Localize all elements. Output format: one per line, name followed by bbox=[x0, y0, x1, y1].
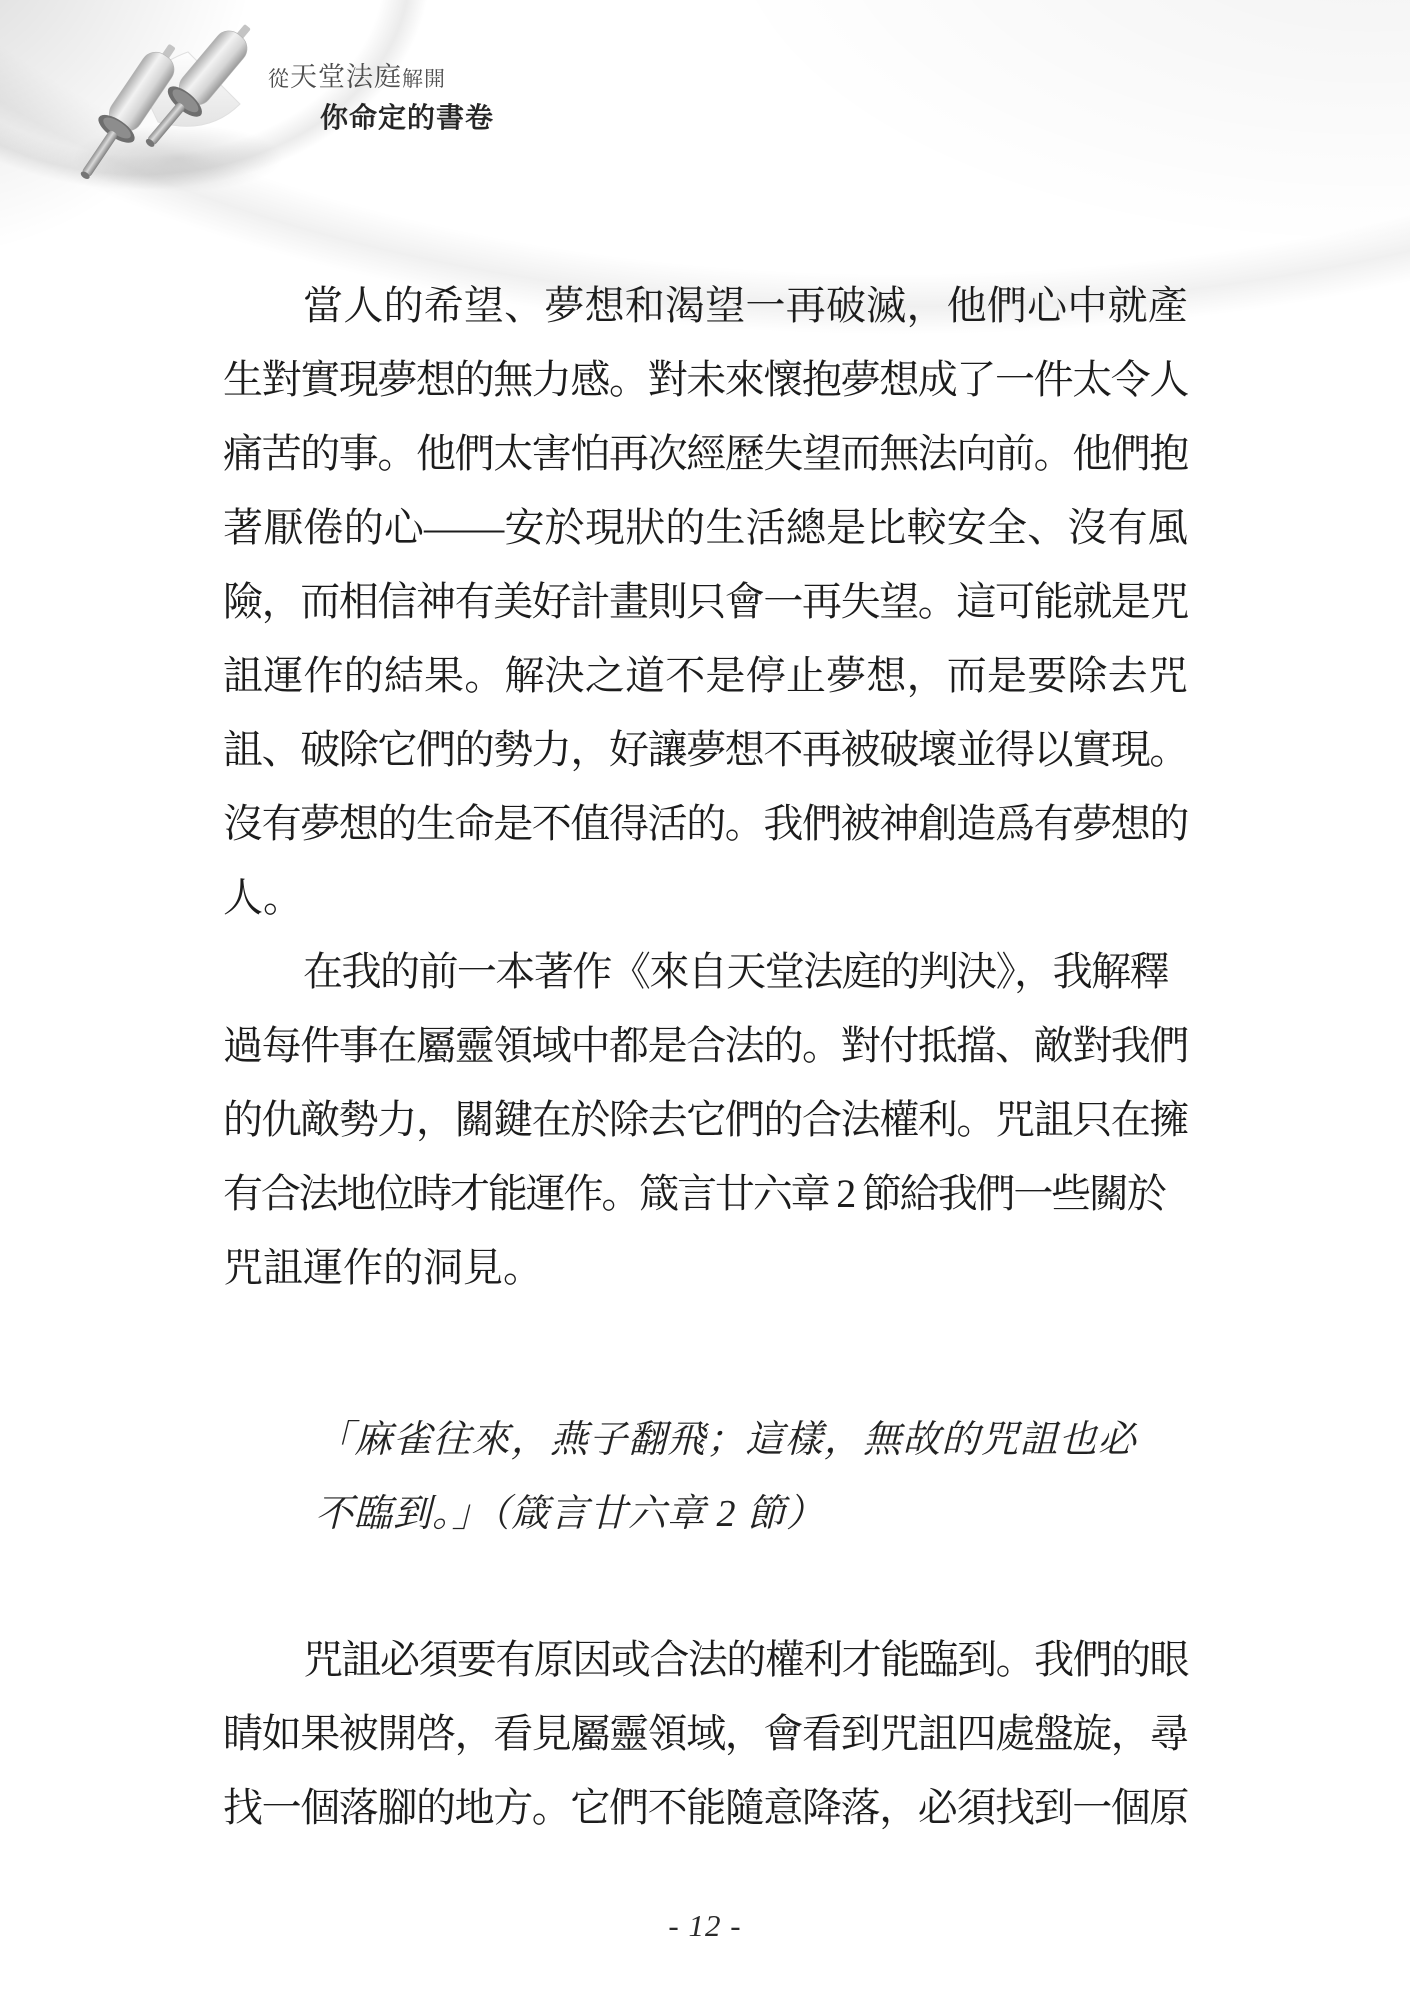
quote-line: 「麻雀往來，燕子翻飛；這樣，無故的咒詛也必 bbox=[315, 1403, 1213, 1477]
scripture-quote: 「麻雀往來，燕子翻飛；這樣，無故的咒詛也必 不臨到。」（箴言廿六章 2 節） bbox=[315, 1403, 1213, 1551]
text-line: 過每件事在屬靈領域中都是合法的。對付抵擋、敵對我們 bbox=[223, 1009, 1213, 1083]
title-main: 天堂法庭 bbox=[290, 62, 402, 92]
paragraph-1: 當人的希望、夢想和渴望一再破滅，他們心中就產 生對實現夢想的無力感。對未來懷抱夢… bbox=[223, 269, 1213, 935]
text-line: 找一個落腳的地方。它們不能隨意降落，必須找到一個原 bbox=[223, 1771, 1213, 1845]
text-line: 人。 bbox=[223, 861, 1213, 935]
text-line: 詛、破除它們的勢力，好讓夢想不再被破壞並得以實現。 bbox=[223, 713, 1213, 787]
text-line: 咒詛運作的洞見。 bbox=[223, 1231, 1213, 1305]
body-text: 當人的希望、夢想和渴望一再破滅，他們心中就產 生對實現夢想的無力感。對未來懷抱夢… bbox=[223, 269, 1213, 1845]
text-line: 咒詛必須要有原因或合法的權利才能臨到。我們的眼 bbox=[223, 1623, 1213, 1697]
text-line: 沒有夢想的生命是不值得活的。我們被神創造爲有夢想的 bbox=[223, 787, 1213, 861]
text-line: 的仇敵勢力，關鍵在於除去它們的合法權利。咒詛只在擁 bbox=[223, 1083, 1213, 1157]
text-line: 生對實現夢想的無力感。對未來懷抱夢想成了一件太令人 bbox=[223, 343, 1213, 417]
book-title-line2: 你命定的書卷 bbox=[320, 103, 494, 135]
paragraph-2: 在我的前一本著作《來自天堂法庭的判決》，我解釋 過每件事在屬靈領域中都是合法的。… bbox=[223, 935, 1213, 1305]
quote-line: 不臨到。」（箴言廿六章 2 節） bbox=[315, 1477, 1213, 1551]
text-line: 詛運作的結果。解決之道不是停止夢想，而是要除去咒 bbox=[223, 639, 1213, 713]
text-line: 在我的前一本著作《來自天堂法庭的判決》，我解釋 bbox=[223, 935, 1213, 1009]
book-title-line1: 從天堂法庭解開 bbox=[268, 60, 494, 99]
page-header: 從天堂法庭解開 你命定的書卷 bbox=[268, 60, 494, 135]
text-line: 當人的希望、夢想和渴望一再破滅，他們心中就產 bbox=[223, 269, 1213, 343]
text-line: 著厭倦的心——安於現狀的生活總是比較安全、沒有風 bbox=[223, 491, 1213, 565]
text-line: 險，而相信神有美好計畫則只會一再失望。這可能就是咒 bbox=[223, 565, 1213, 639]
gray-wash-top-right bbox=[650, 0, 1410, 280]
book-page: 從天堂法庭解開 你命定的書卷 當人的希望、夢想和渴望一再破滅，他們心中就產 生對… bbox=[0, 0, 1410, 2000]
page-number: - 12 - bbox=[0, 1908, 1410, 1944]
text-line: 睛如果被開啓，看見屬靈領域，會看到咒詛四處盤旋，尋 bbox=[223, 1697, 1213, 1771]
title-suffix: 解開 bbox=[402, 67, 446, 91]
paragraph-3: 咒詛必須要有原因或合法的權利才能臨到。我們的眼 睛如果被開啓，看見屬靈領域，會看… bbox=[223, 1623, 1213, 1845]
text-line: 痛苦的事。他們太害怕再次經歷失望而無法向前。他們抱 bbox=[223, 417, 1213, 491]
title-prefix: 從 bbox=[268, 67, 290, 91]
scroll-shadow bbox=[73, 124, 283, 192]
text-line: 有合法地位時才能運作。箴言廿六章 2 節給我們一些關於 bbox=[223, 1157, 1213, 1231]
